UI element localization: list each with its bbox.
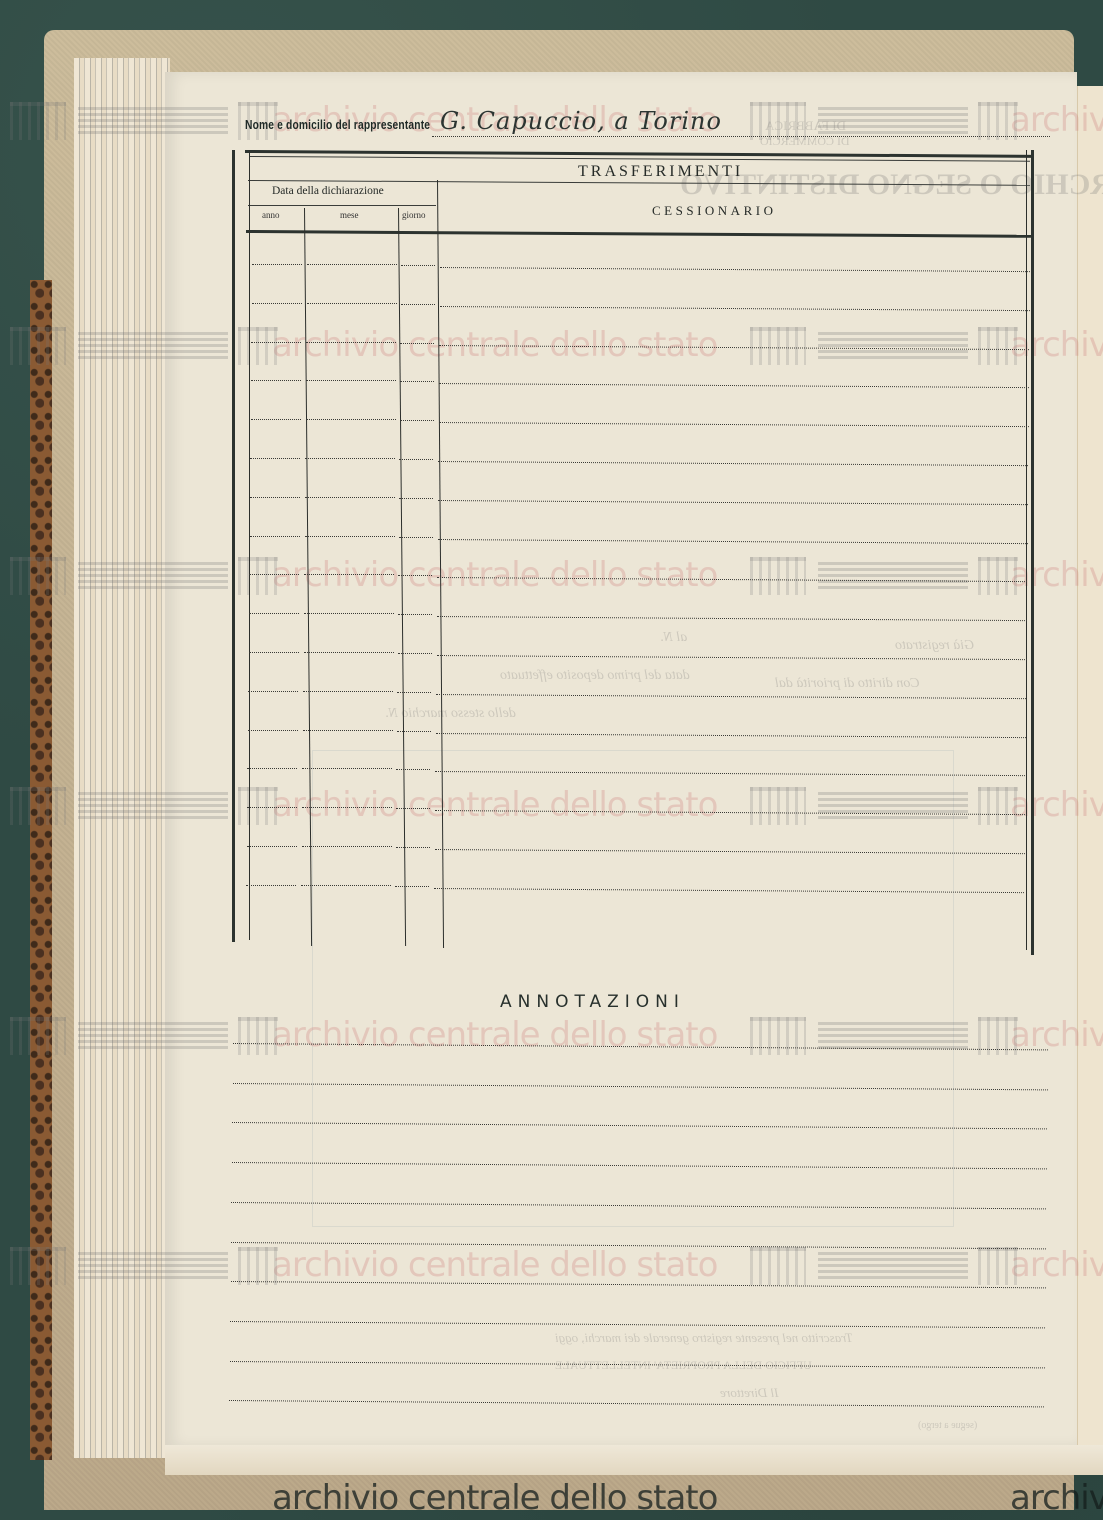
row-rule [252, 264, 302, 265]
row-rule [303, 730, 393, 731]
row-rule [305, 497, 395, 498]
row-rule [251, 419, 301, 420]
watermark-bars-icon [78, 559, 228, 589]
watermark-text: archivio centrale dello stato [272, 1478, 717, 1518]
watermark-text: archivio centrale dello stato [1010, 555, 1103, 595]
row-rule [396, 808, 430, 809]
col-header-giorno: giorno [402, 210, 426, 220]
watermark-logo-icon [10, 787, 66, 825]
watermark-bars-icon [78, 104, 228, 134]
watermark-bars-icon [818, 329, 968, 359]
row-rule [307, 303, 397, 304]
row-rule [399, 537, 433, 538]
row-rule [397, 731, 431, 732]
row-rule [396, 847, 430, 848]
row-rule [395, 886, 429, 887]
watermark-text: archivio centrale dello stato [272, 1245, 717, 1285]
show-through-line-8: Il Direttore [720, 1385, 779, 1401]
watermark-bars-icon [78, 329, 228, 359]
row-rule [304, 574, 394, 575]
watermark-logo-icon [978, 787, 1018, 825]
row-rule [306, 380, 396, 381]
watermark-bars-icon [818, 104, 968, 134]
row-rule [399, 498, 433, 499]
page-bottom-edge [165, 1445, 1103, 1475]
watermark-logo-icon [238, 327, 278, 365]
row-rule [252, 303, 302, 304]
row-rule [305, 536, 395, 537]
watermark-logo-icon [10, 557, 66, 595]
watermark-logo-icon [978, 557, 1018, 595]
watermark-bars-icon [78, 1019, 228, 1049]
row-rule [250, 536, 300, 537]
row-rule [398, 575, 432, 576]
watermark-logo-icon [978, 1247, 1018, 1285]
row-rule [250, 497, 300, 498]
representative-label: Nome e domicilio del rappresentante [245, 118, 430, 132]
row-rule [400, 381, 434, 382]
row-rule [304, 652, 394, 653]
show-through-line-1: Già registrato [895, 638, 974, 654]
table-left-border [232, 150, 235, 942]
watermark-logo-icon [750, 327, 806, 365]
watermark-logo-icon [750, 1247, 806, 1285]
row-rule [249, 574, 299, 575]
watermark-logo-icon [10, 327, 66, 365]
row-rule [251, 342, 301, 343]
watermark-bars-icon [78, 1249, 228, 1279]
show-through-header-3: MARCHIO O SEGNO DISTINTIVO [680, 168, 1103, 202]
row-rule [307, 264, 397, 265]
representative-value: G. Capuccio, a Torino [440, 107, 722, 135]
row-rule [251, 380, 301, 381]
annotations-title: ANNOTAZIONI [500, 992, 685, 1012]
row-rule [397, 692, 431, 693]
watermark-bars-icon [78, 789, 228, 819]
watermark-logo-icon [750, 1017, 806, 1055]
show-through-line-4: data del primo deposito effettuato [500, 668, 690, 684]
watermark-logo-icon [238, 787, 278, 825]
row-rule [249, 652, 299, 653]
watermark-bars-icon [818, 1249, 968, 1279]
col-header-mese: mese [340, 210, 359, 220]
watermark-text: archivio centrale dello stato [272, 785, 717, 825]
row-rule [250, 458, 300, 459]
row-rule [400, 420, 434, 421]
watermark-bars-icon [818, 559, 968, 589]
date-group-divider [248, 205, 436, 206]
show-through-footer: (segue a tergo) [918, 1420, 977, 1431]
row-rule [302, 846, 392, 847]
row-rule [302, 807, 392, 808]
show-through-line-5: dello stesso marchio N. [385, 706, 516, 722]
inner-left-border [249, 150, 250, 940]
watermark-logo-icon [10, 102, 66, 140]
show-through-line-3: al N. [660, 630, 687, 646]
row-rule [246, 885, 296, 886]
row-rule [305, 458, 395, 459]
row-rule [306, 342, 396, 343]
watermark-bars-icon [818, 1019, 968, 1049]
row-rule [248, 730, 298, 731]
watermark-text: archivio centrale dello stato [1010, 100, 1103, 140]
row-rule [396, 769, 430, 770]
watermark-text: archivio centrale dello stato [1010, 785, 1103, 825]
row-rule [303, 691, 393, 692]
watermark-logo-icon [10, 1017, 66, 1055]
table-right-border [1031, 150, 1034, 955]
date-group-header: Data della dichiarazione [272, 185, 384, 197]
watermark-logo-icon [238, 557, 278, 595]
row-rule [247, 768, 297, 769]
cessionario-header: CESSIONARIO [652, 203, 776, 219]
row-rule [301, 885, 391, 886]
watermark-text: archivio centrale dello stato [272, 1015, 717, 1055]
watermark-logo-icon [750, 102, 806, 140]
representative-underline [432, 136, 1050, 137]
watermark-logo-icon [10, 1247, 66, 1285]
watermark-logo-icon [750, 557, 806, 595]
row-rule [249, 613, 299, 614]
row-rule [247, 846, 297, 847]
page-edges [74, 58, 170, 1458]
watermark-logo-icon [238, 1247, 278, 1285]
watermark-logo-icon [238, 1017, 278, 1055]
watermark-logo-icon [978, 327, 1018, 365]
row-rule [304, 613, 394, 614]
row-rule [302, 768, 392, 769]
watermark-text: archivio centrale dello stato [1010, 1478, 1103, 1518]
row-rule [306, 419, 396, 420]
row-rule [247, 807, 297, 808]
row-rule [398, 653, 432, 654]
show-through-line-6: Trascritto nel presente registro general… [555, 1330, 853, 1346]
watermark-logo-icon [978, 102, 1018, 140]
row-rule [248, 691, 298, 692]
show-through-line-2: Con diritto di priorità dal [775, 676, 920, 692]
watermark-text: archivio centrale dello stato [1010, 1245, 1103, 1285]
watermark-logo-icon [750, 787, 806, 825]
row-rule [400, 343, 434, 344]
row-rule [401, 265, 435, 266]
inner-right-border [1026, 150, 1027, 950]
transfers-title: TRASFERIMENTI [578, 163, 743, 181]
row-rule [398, 614, 432, 615]
row-rule [399, 459, 433, 460]
watermark-text: archivio centrale dello stato [1010, 325, 1103, 365]
col-header-anno: anno [262, 210, 280, 220]
row-rule [401, 304, 435, 305]
